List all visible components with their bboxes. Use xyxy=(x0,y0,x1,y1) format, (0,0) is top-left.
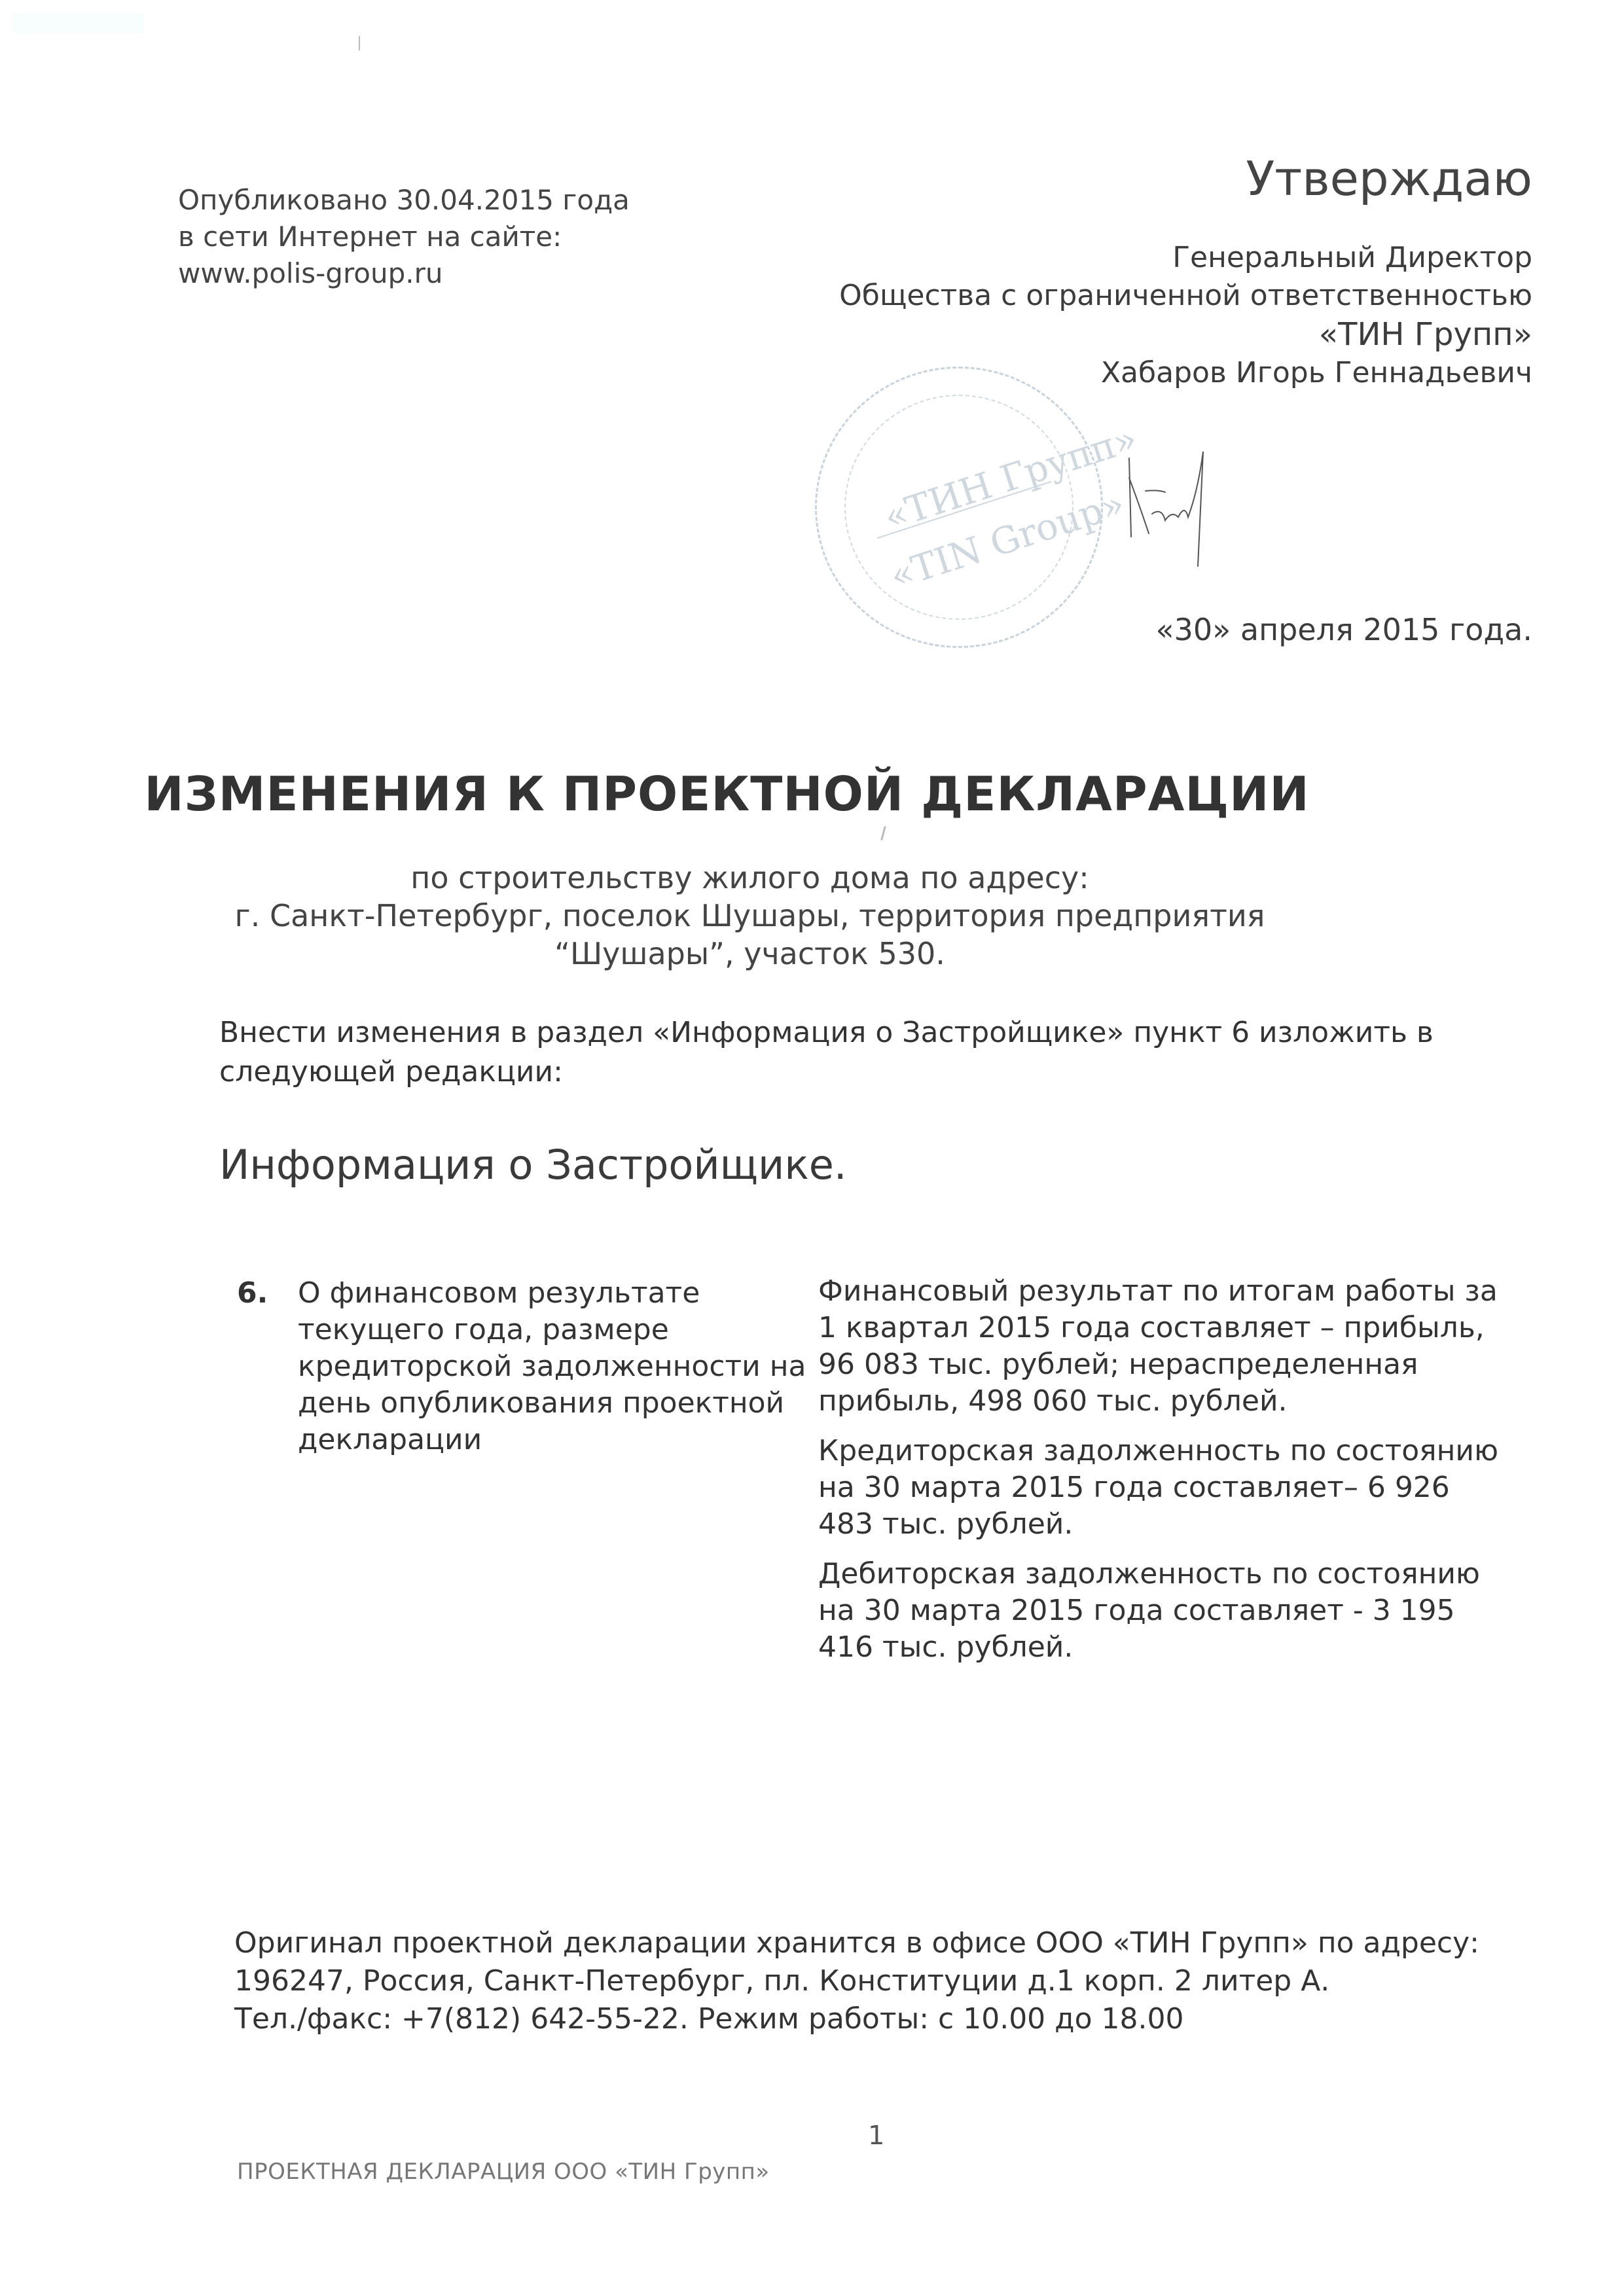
publication-line: в сети Интернет на сайте: xyxy=(178,219,630,255)
page-number: 1 xyxy=(868,2119,884,2152)
office-info: Оригинал проектной декларации хранится в… xyxy=(234,1924,1479,2038)
description-line: декларации xyxy=(298,1422,806,1458)
change-instruction: Внести изменения в раздел «Информация о … xyxy=(219,1013,1434,1092)
value-line: 1 квартал 2015 года составляет – прибыль… xyxy=(818,1310,1498,1346)
value-line: Дебиторская задолженность по состоянию xyxy=(818,1556,1498,1592)
scan-mark xyxy=(880,826,886,840)
publication-note: Опубликовано 30.04.2015 года в сети Инте… xyxy=(178,182,630,292)
approval-date: «30» апреля 2015 года. xyxy=(1155,610,1532,649)
item-description: О финансовом результате текущего года, р… xyxy=(298,1275,806,1458)
document-title: ИЗМЕНЕНИЯ К ПРОЕКТНОЙ ДЕКЛАРАЦИИ xyxy=(0,764,1539,823)
company-stamp: «ТИН Групп» «TIN Group» xyxy=(815,367,1103,648)
item-number: 6. xyxy=(237,1275,268,1312)
description-line: кредиторской задолженности на xyxy=(298,1348,806,1385)
scan-artifact xyxy=(13,13,144,33)
item-value: Финансовый результат по итогам работы за… xyxy=(818,1273,1498,1679)
instruction-line: следующей редакции: xyxy=(219,1052,1434,1092)
value-line: Кредиторская задолженность по состоянию xyxy=(818,1433,1498,1469)
description-line: О финансовом результате xyxy=(298,1275,806,1312)
approval-heading: Утверждаю xyxy=(1246,149,1532,208)
value-line: 416 тыс. рублей. xyxy=(818,1629,1498,1666)
project-address: по строительству жилого дома по адресу: … xyxy=(0,859,1562,973)
financial-result-paragraph: Финансовый результат по итогам работы за… xyxy=(818,1273,1498,1420)
address-line: г. Санкт-Петербург, поселок Шушары, терр… xyxy=(0,897,1562,935)
value-line: на 30 марта 2015 года составляет - 3 195 xyxy=(818,1592,1498,1629)
publication-line: Опубликовано 30.04.2015 года xyxy=(178,182,630,219)
value-line: прибыль, 498 060 тыс. рублей. xyxy=(818,1383,1498,1420)
office-line: Оригинал проектной декларации хранится в… xyxy=(234,1924,1479,1962)
office-contacts: Тел./факс: +7(812) 642-55-22. Режим рабо… xyxy=(234,2000,1479,2038)
value-line: на 30 марта 2015 года составляет– 6 926 xyxy=(818,1469,1498,1506)
description-line: день опубликования проектной xyxy=(298,1385,806,1422)
description-line: текущего года, размере xyxy=(298,1312,806,1348)
accounts-receivable-paragraph: Дебиторская задолженность по состоянию н… xyxy=(818,1556,1498,1666)
publication-url: www.polis-group.ru xyxy=(178,255,630,292)
approver-position: Генеральный Директор xyxy=(839,239,1532,277)
value-line: 96 083 тыс. рублей; нераспределенная xyxy=(818,1346,1498,1383)
running-footer: ПРОЕКТНАЯ ДЕКЛАРАЦИЯ ООО «ТИН Групп» xyxy=(237,2157,770,2186)
value-line: 483 тыс. рублей. xyxy=(818,1506,1498,1543)
scan-mark xyxy=(359,36,360,50)
approver-company: «ТИН Групп» xyxy=(839,315,1532,354)
value-line: Финансовый результат по итогам работы за xyxy=(818,1273,1498,1310)
address-line: “Шушары”, участок 530. xyxy=(0,935,1562,973)
section-title: Информация о Застройщике. xyxy=(219,1139,847,1191)
address-line: по строительству жилого дома по адресу: xyxy=(0,859,1562,897)
accounts-payable-paragraph: Кредиторская задолженность по состоянию … xyxy=(818,1433,1498,1543)
signature-icon xyxy=(1126,452,1244,569)
approver-org-type: Общества с ограниченной ответственностью xyxy=(839,277,1532,315)
instruction-line: Внести изменения в раздел «Информация о … xyxy=(219,1013,1434,1052)
office-address: 196247, Россия, Санкт-Петербург, пл. Кон… xyxy=(234,1962,1479,2000)
